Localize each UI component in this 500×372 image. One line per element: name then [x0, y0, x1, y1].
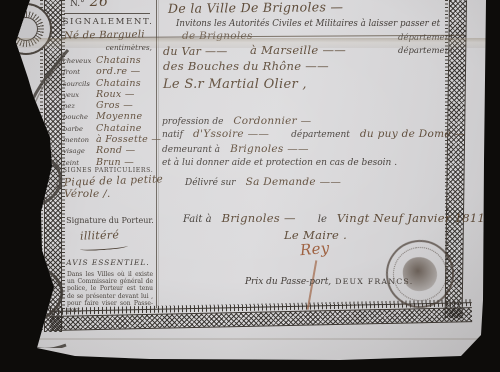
fait-a-line: Fait àBrignoles —leVingt Neuf Janvier 18…: [183, 211, 497, 225]
demeurant-line: demeurant àBrignoles ——: [162, 143, 309, 155]
row-yeux: yeuxRoux —: [63, 89, 155, 100]
delivre-line: Délivré surSa Demande ——: [185, 176, 341, 188]
mayor-signature: Rey: [299, 239, 330, 260]
signes-particuliers-title: SIGNES PARTICULIERS.: [60, 167, 156, 174]
signature-porteur-value: illitéré: [80, 228, 120, 242]
fold-crease: [0, 38, 500, 48]
signes-line2: Vérole /.: [64, 188, 111, 200]
passport-document: N.° 26 SIGNALEMENT. Né de Bargueli centi…: [0, 0, 500, 372]
invite-line: Invitons les Autorités Civiles et Milita…: [176, 19, 440, 29]
signalement-title: SIGNALEMENT.: [60, 17, 156, 27]
avis-title: AVIS ESSENTIEL.: [60, 258, 156, 267]
fold-crease-bottom: [0, 338, 500, 340]
row-nez: nezGros —: [63, 100, 155, 111]
photo-backdrop: N.° 26 SIGNALEMENT. Né de Bargueli centi…: [0, 0, 500, 372]
city-line: De la Ville De Brignoles —: [168, 0, 343, 16]
signalement-rows: cheveuxChatains frontord.re — sourcilsCh…: [63, 55, 155, 168]
protection-line: et à lui donner aide et protection en ca…: [162, 158, 397, 168]
number-value: 26: [90, 0, 108, 10]
row-cheveux: cheveuxChatains: [63, 55, 155, 66]
signes-line1: Piqué de la petite: [64, 173, 163, 188]
number-rule: [64, 13, 150, 14]
signature-porteur-label: Signature du Porteur.: [64, 216, 156, 225]
bouches-du-rhone-line: des Bouches du Rhône ——: [163, 59, 329, 73]
avis-text: Dans les Villes où il existe un Commissa…: [67, 271, 153, 314]
row-visage: visageRond —: [63, 145, 155, 156]
row-bouche: boucheMoyenne: [63, 111, 155, 122]
passport-number: N.° 26: [70, 0, 108, 10]
row-barbe: barbeChataine: [63, 123, 155, 134]
natif-line: natifd'Yssoire ——départementdu puy de Do…: [162, 128, 465, 140]
row-front: frontord.re —: [63, 66, 155, 77]
row-menton: mentonà Fossette —: [63, 134, 155, 145]
bearer-name-line: Le S.r Martial Olier ,: [163, 77, 307, 92]
profession-line: profession deCordonnier —: [162, 115, 311, 127]
row-sourcils: sourcilsChatains: [63, 78, 155, 89]
number-label: N.°: [70, 0, 85, 9]
